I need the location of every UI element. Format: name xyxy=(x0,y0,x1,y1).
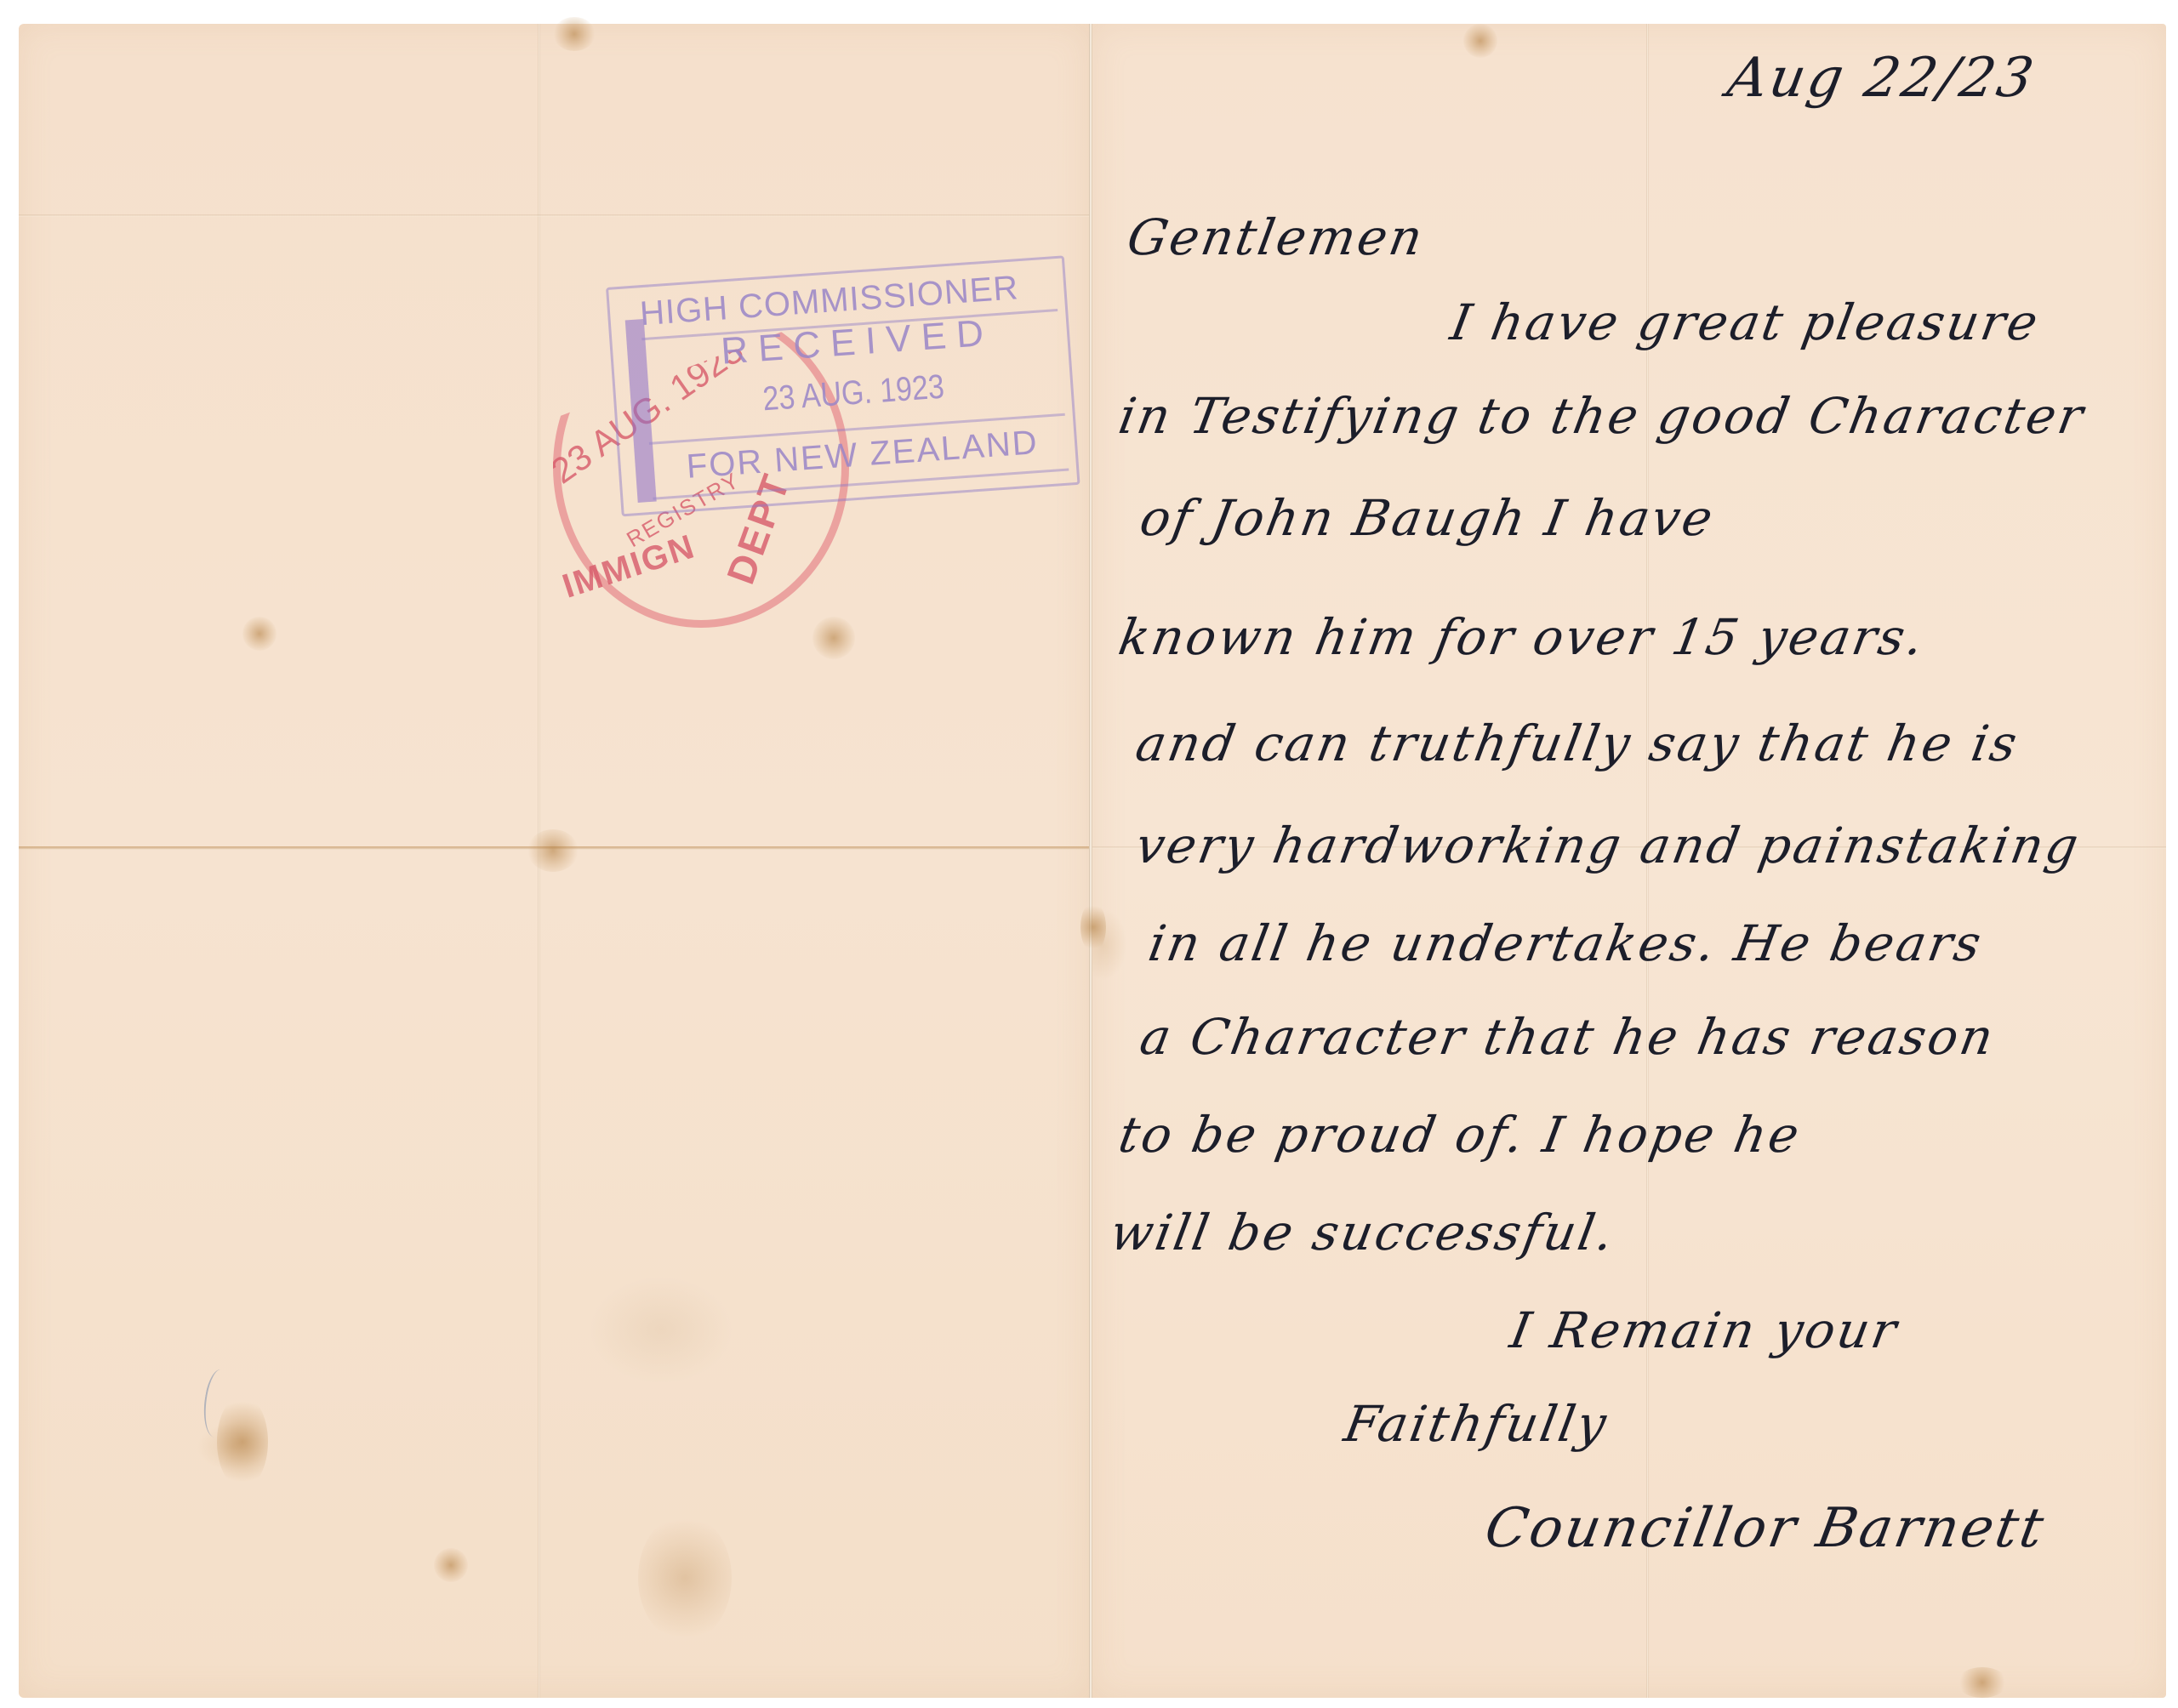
foxing-stain xyxy=(1957,1667,2008,1698)
letter-line: known him for over 15 years. xyxy=(1115,608,1930,666)
letter-salutation: Gentlemen xyxy=(1123,208,1429,266)
letter-closing-faithfully: Faithfully xyxy=(1340,1395,1613,1453)
letter-closing: I Remain your xyxy=(1506,1301,1903,1359)
letter-line: I have great pleasure xyxy=(1446,293,2044,351)
letter-signature: Councillor Barnett xyxy=(1480,1497,2050,1560)
foxing-stain xyxy=(434,1548,468,1582)
letter-line: in Testifying to the good Character xyxy=(1115,387,2090,445)
fold-line-horizontal-top xyxy=(19,214,1089,217)
letter-line: to be proud of. I hope he xyxy=(1115,1106,1806,1164)
foxing-stain xyxy=(1463,24,1497,58)
letter-line: of John Baugh I have xyxy=(1136,489,1719,547)
foxing-stain xyxy=(812,617,855,659)
letter-line: in all he undertakes. He bears xyxy=(1144,914,1987,972)
foxing-stain xyxy=(527,829,579,872)
foxing-stain xyxy=(242,617,277,651)
letter-line: will be successful. xyxy=(1106,1204,1620,1261)
scanned-letter: 23 AUG. 1923 REGISTRY DEPT IMMIGN HIGH C… xyxy=(0,0,2178,1708)
sheet-split xyxy=(1089,24,1092,1698)
letter-date: Aug 22/23 xyxy=(1723,47,2040,110)
high-commissioner-stamp: HIGH COMMISSIONER RECEIVED 23 AUG. 1923 … xyxy=(606,255,1080,516)
letter-line: very hardworking and painstaking xyxy=(1132,817,2085,874)
foxing-stain xyxy=(553,17,596,51)
foxing-stain xyxy=(638,1514,732,1642)
letter-line: a Character that he has reason xyxy=(1136,1008,2000,1066)
foxing-stain xyxy=(1080,902,1106,953)
letter-line: and can truthfully say that he is xyxy=(1132,715,2023,772)
